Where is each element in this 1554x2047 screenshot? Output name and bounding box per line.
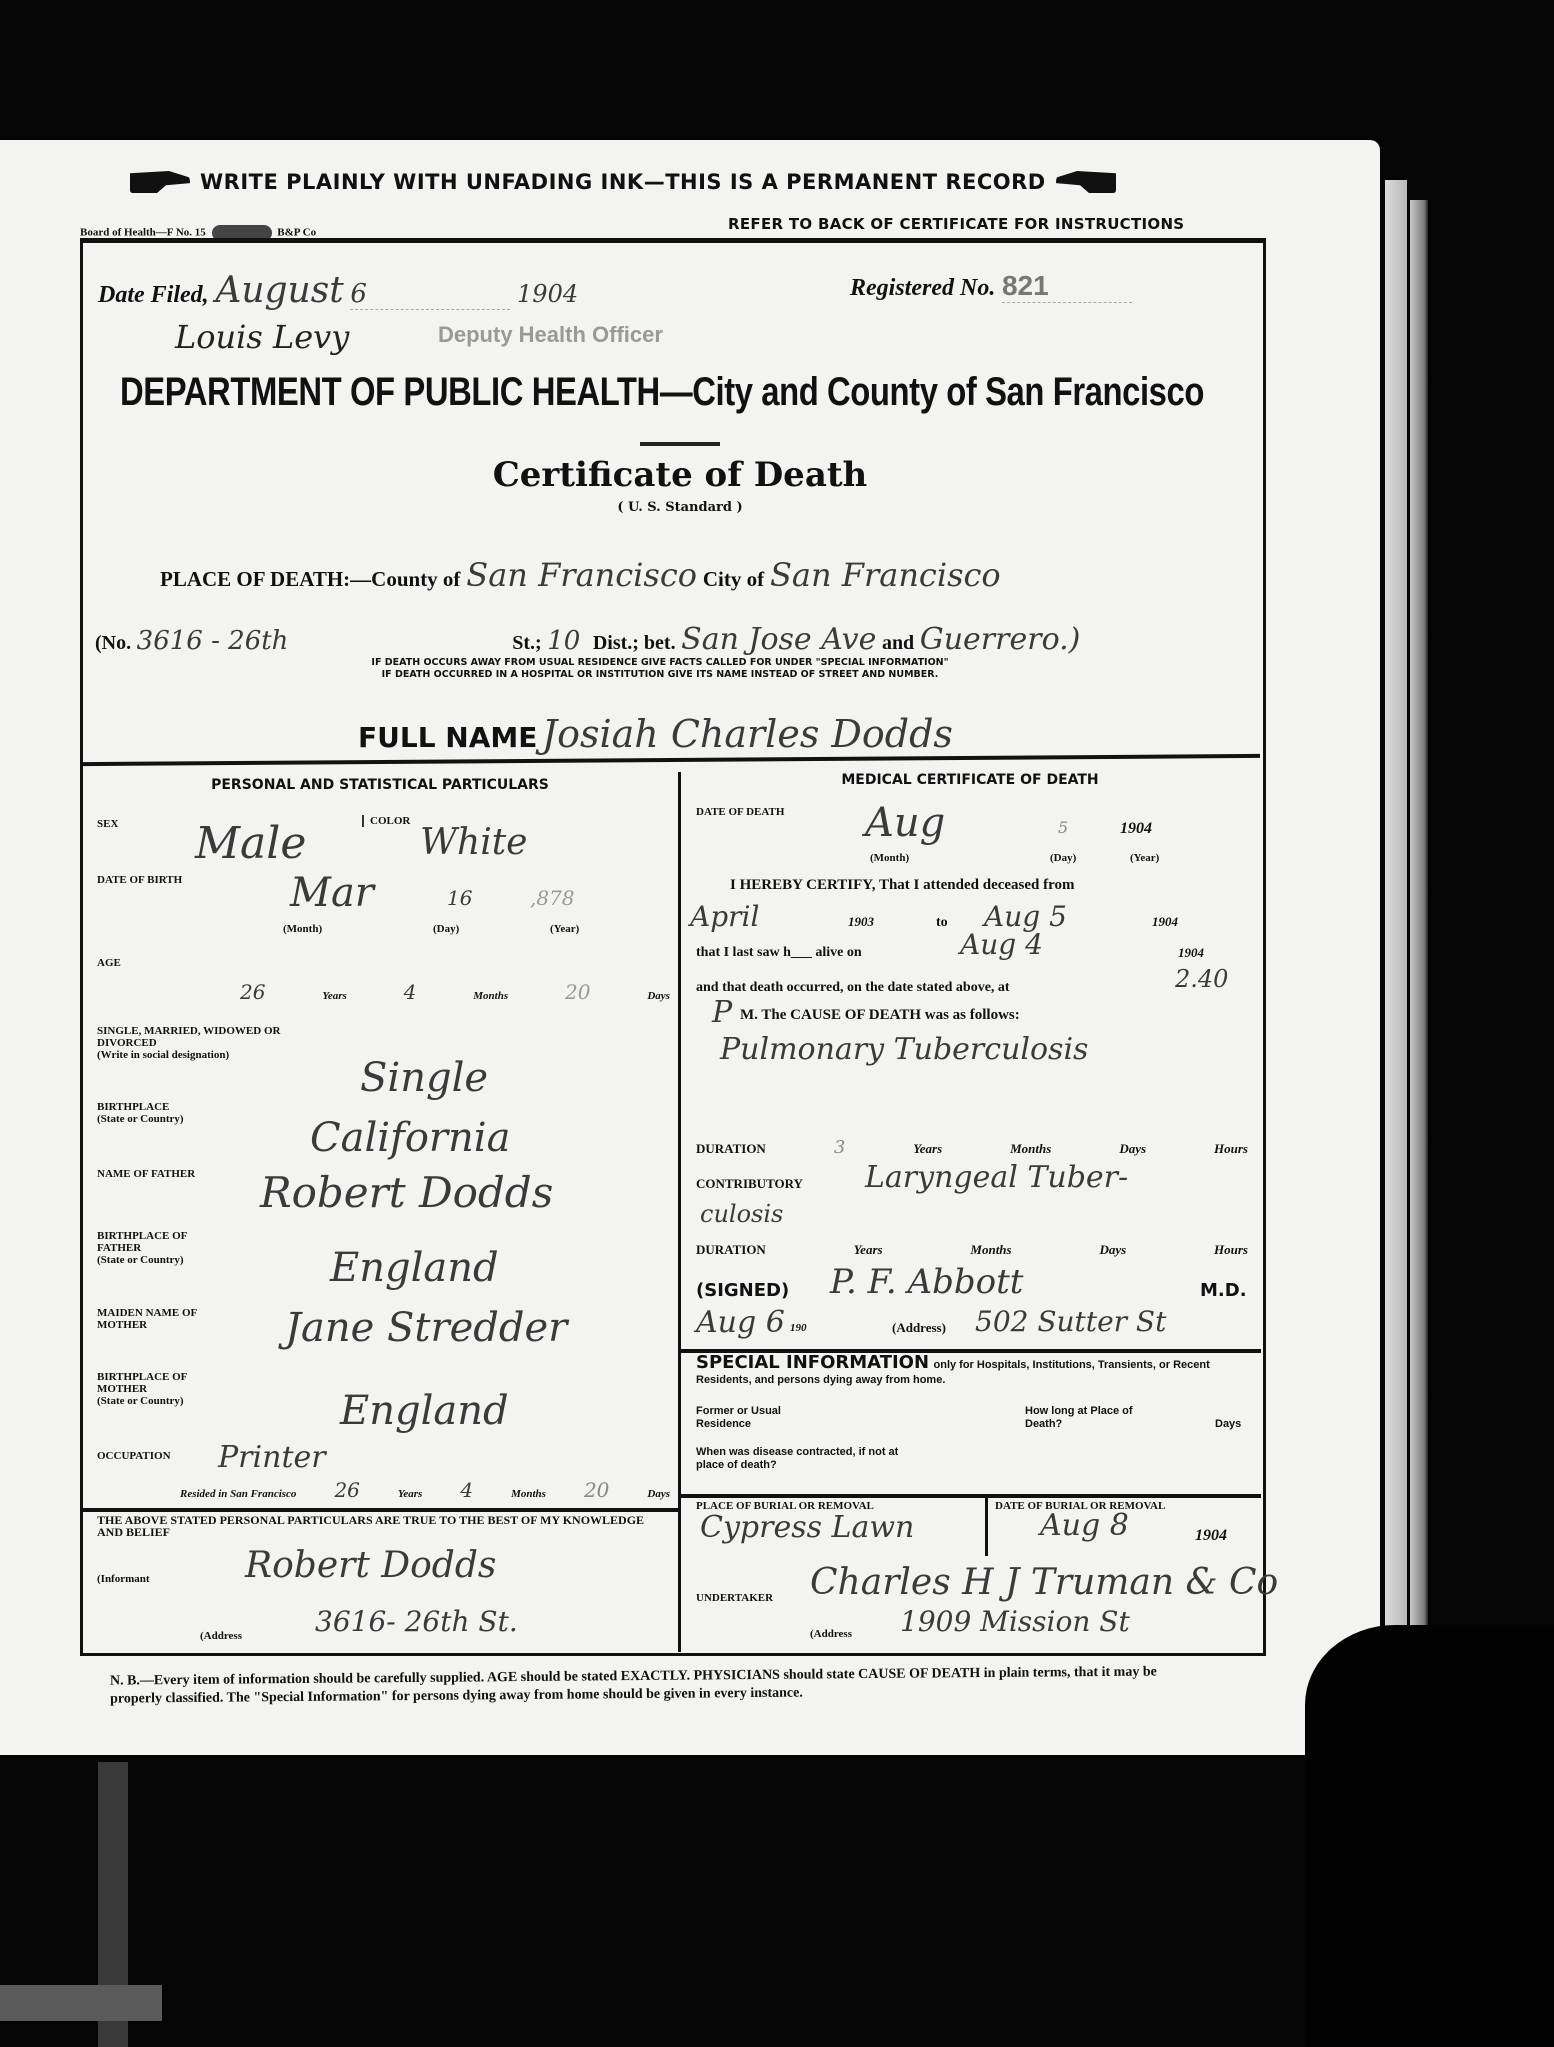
hours-caption: Hours xyxy=(1214,1242,1248,1258)
age-months: 4 xyxy=(404,980,417,1004)
informant-value: Robert Dodds xyxy=(245,1545,496,1586)
burial-year-value: 1904 xyxy=(1195,1527,1227,1545)
father-birthplace-label-block: BIRTHPLACE OF FATHER (State or Country) xyxy=(97,1230,227,1266)
divider xyxy=(681,1494,1261,1498)
street-number-label: (No. xyxy=(95,632,131,654)
years-caption: Years xyxy=(854,1242,883,1258)
birthplace-label: BIRTHPLACE xyxy=(97,1101,184,1113)
birthplace-label-block: BIRTHPLACE (State or Country) xyxy=(97,1101,184,1125)
undertaker-address-value: 1909 Mission St xyxy=(900,1605,1130,1638)
meridiem-value: P xyxy=(712,995,732,1030)
full-name-row: FULL NAME Josiah Charles Dodds xyxy=(358,712,953,756)
death-time-label: and that death occurred, on the date sta… xyxy=(696,980,1010,996)
divider xyxy=(83,1508,679,1512)
occupation-label: OCCUPATION xyxy=(97,1450,171,1462)
father-birthplace-hint: (State or Country) xyxy=(97,1254,227,1266)
dob-label: DATE OF BIRTH xyxy=(97,874,182,886)
district-label: Dist.; bet. xyxy=(593,632,676,654)
last-saw-value: Aug 4 xyxy=(960,928,1043,961)
age-label: AGE xyxy=(97,957,121,969)
year-caption: (Year) xyxy=(550,923,579,935)
between-street-2: Guerrero.) xyxy=(920,622,1081,657)
book-page-edge xyxy=(1385,180,1407,1740)
date-filed-year: 1904 xyxy=(517,280,578,308)
marital-label-block: SINGLE, MARRIED, WIDOWED OR DIVORCED (Wr… xyxy=(97,1025,317,1061)
color-label: COLOR xyxy=(362,815,410,827)
registered-label: Registered No. xyxy=(850,275,995,301)
age-years: 26 xyxy=(240,980,265,1004)
signed-label: (SIGNED) xyxy=(696,1280,789,1301)
resided-months: 4 xyxy=(460,1478,473,1502)
informant-address-value: 3616- 26th St. xyxy=(315,1605,518,1638)
undertaker-address-label: (Address xyxy=(810,1628,852,1640)
certify-text: I HEREBY CERTIFY, That I attended deceas… xyxy=(730,877,1075,894)
place-note: IF DEATH OCCURS AWAY FROM USUAL RESIDENC… xyxy=(240,657,1080,681)
months-caption: Months xyxy=(970,1242,1011,1258)
place-note-line2: IF DEATH OCCURRED IN A HOSPITAL OR INSTI… xyxy=(240,669,1080,681)
undertaker-label: UNDERTAKER xyxy=(696,1592,773,1604)
street-label: St.; xyxy=(512,632,541,654)
city-value: San Francisco xyxy=(770,556,1001,594)
duration-years: 3 xyxy=(834,1137,845,1158)
district-value: 10 xyxy=(547,626,587,656)
dob-day: 16 xyxy=(447,886,472,910)
pointing-hand-icon xyxy=(1056,171,1116,193)
column-divider xyxy=(678,772,681,1652)
date-filed-label: Date Filed, xyxy=(98,282,209,308)
certificate-title: Certificate of Death xyxy=(470,455,890,495)
footnote-prefix: N. B.— xyxy=(110,1673,154,1688)
paper-strip xyxy=(0,1985,162,2021)
signed-year: 190 xyxy=(790,1322,807,1334)
undertaker-value: Charles H J Truman & Co xyxy=(810,1562,1278,1603)
days-caption: Days xyxy=(647,990,670,1002)
mother-birthplace-hint: (State or Country) xyxy=(97,1395,227,1407)
day-caption: (Day) xyxy=(1050,852,1076,864)
address-row: (No. 3616 - 26th St.; 10 Dist.; bet. San… xyxy=(95,622,1080,657)
resided-days: 20 xyxy=(584,1478,609,1502)
officer-title: Deputy Health Officer xyxy=(438,322,663,348)
day-caption: (Day) xyxy=(433,923,459,935)
special-info-title: SPECIAL INFORMATION xyxy=(696,1352,929,1373)
contributory-label: CONTRIBUTORY xyxy=(696,1178,803,1190)
dob-month: Mar xyxy=(290,870,374,916)
contributory-value-cont: culosis xyxy=(700,1200,783,1228)
resided-label: Resided in San Francisco xyxy=(180,1488,296,1500)
place-of-death-row: PLACE OF DEATH:—County of San Francisco … xyxy=(160,556,1001,594)
informant-address-label: (Address xyxy=(200,1630,242,1642)
marital-label: SINGLE, MARRIED, WIDOWED OR DIVORCED xyxy=(97,1025,317,1049)
department-title: DEPARTMENT OF PUBLIC HEALTH—City and Cou… xyxy=(120,370,1038,415)
year-caption: (Year) xyxy=(1130,852,1159,864)
book-page-edge xyxy=(1410,200,1428,1760)
street-number-value: 3616 - 26th xyxy=(137,626,507,656)
place-note-line1: IF DEATH OCCURS AWAY FROM USUAL RESIDENC… xyxy=(240,657,1080,669)
dod-month: Aug xyxy=(865,800,945,846)
mother-label: MAIDEN NAME OF MOTHER xyxy=(97,1307,227,1331)
burial-place-value: Cypress Lawn xyxy=(700,1510,914,1545)
footnote-text: Every item of information should be care… xyxy=(110,1664,1157,1706)
divider xyxy=(640,442,720,446)
sex-value: Male xyxy=(195,818,306,869)
instructions-note: REFER TO BACK OF CERTIFICATE FOR INSTRUC… xyxy=(728,215,1184,233)
registered-number: 821 xyxy=(1002,270,1132,303)
duration-label: DURATION xyxy=(696,1143,766,1155)
burial-divider xyxy=(985,1496,988,1556)
months-caption: Months xyxy=(473,990,508,1002)
medical-section-title: MEDICAL CERTIFICATE OF DEATH xyxy=(690,772,1250,788)
contributory-value: Laryngeal Tuber- xyxy=(865,1160,1128,1195)
years-caption: Years xyxy=(913,1141,942,1157)
hours-caption: Hours xyxy=(1214,1141,1248,1157)
father-label: NAME OF FATHER xyxy=(97,1168,197,1180)
resided-years: 26 xyxy=(334,1478,359,1502)
death-time-value: 2.40 xyxy=(1175,965,1228,993)
full-name-value: Josiah Charles Dodds xyxy=(542,712,953,756)
banner: WRITE PLAINLY WITH UNFADING INK—THIS IS … xyxy=(130,170,1230,194)
father-birthplace-value: England xyxy=(330,1245,499,1291)
attended-from: April xyxy=(690,900,840,933)
sex-label: SEX xyxy=(97,818,118,830)
printer-mark: B&P Co xyxy=(277,227,316,239)
form-number: Board of Health—F No. 15 xyxy=(80,227,206,239)
between-street-1: San Jose Ave xyxy=(681,622,876,657)
years-caption: Years xyxy=(398,1488,422,1500)
month-caption: (Month) xyxy=(870,852,909,864)
marital-hint: (Write in social designation) xyxy=(97,1049,317,1061)
dod-day: 5 xyxy=(1058,818,1068,837)
date-filed-day: 6 xyxy=(350,279,510,310)
dob-year: ,878 xyxy=(530,886,575,910)
pointing-hand-icon xyxy=(130,171,190,193)
occupation-value: Printer xyxy=(218,1440,326,1475)
and-label: and xyxy=(882,632,914,654)
full-name-label: FULL NAME xyxy=(358,721,537,754)
city-label: City of xyxy=(703,567,764,591)
burial-date-value: Aug 8 xyxy=(1040,1508,1129,1543)
birthplace-value: California xyxy=(310,1115,510,1161)
signed-date: Aug 6 xyxy=(696,1305,785,1340)
officer-signature: Louis Levy xyxy=(175,318,349,356)
date-filed-row: Date Filed, August 6 1904 xyxy=(98,270,578,311)
days-caption: Days xyxy=(1119,1141,1146,1157)
days-caption: Days xyxy=(1099,1242,1126,1258)
cause-value: Pulmonary Tuberculosis xyxy=(720,1032,1088,1067)
dod-label: DATE OF DEATH xyxy=(696,806,784,818)
mother-birthplace-label-block: BIRTHPLACE OF MOTHER (State or Country) xyxy=(97,1371,227,1407)
attended-from-year: 1903 xyxy=(848,914,928,930)
month-caption: (Month) xyxy=(283,923,322,935)
days-caption: Days xyxy=(647,1488,670,1500)
county-value: San Francisco xyxy=(466,556,697,594)
personal-section-title: PERSONAL AND STATISTICAL PARTICULARS xyxy=(90,777,670,793)
banner-text: WRITE PLAINLY WITH UNFADING INK—THIS IS … xyxy=(200,170,1046,194)
special-info-header: SPECIAL INFORMATION only for Hospitals, … xyxy=(696,1356,1251,1387)
mother-birthplace-label: BIRTHPLACE OF MOTHER xyxy=(97,1371,227,1395)
duration2-row: DURATION Years Months Days Hours xyxy=(696,1242,1248,1258)
former-residence-label: Former or Usual Residence xyxy=(696,1405,806,1431)
cause-label: M. The CAUSE OF DEATH was as follows: xyxy=(740,1007,1020,1024)
how-long-label: How long at Place of Death? xyxy=(1025,1405,1145,1431)
birthplace-hint: (State or Country) xyxy=(97,1113,184,1125)
father-value: Robert Dodds xyxy=(260,1168,553,1217)
registered-row: Registered No. 821 xyxy=(850,270,1132,303)
duration2-label: DURATION xyxy=(696,1244,766,1256)
duration-row: DURATION 3 Years Months Days Hours xyxy=(696,1137,1248,1158)
md-label: M.D. xyxy=(1200,1280,1247,1301)
dod-year: 1904 xyxy=(1120,820,1152,838)
informant-label: (Informant xyxy=(97,1573,150,1585)
physician-address-label: (Address) xyxy=(892,1320,946,1336)
marital-value: Single xyxy=(360,1055,488,1101)
attended-to-year: 1904 xyxy=(1152,914,1178,930)
father-birthplace-label: BIRTHPLACE OF FATHER xyxy=(97,1230,227,1254)
last-saw-year: 1904 xyxy=(1178,945,1204,961)
age-days: 20 xyxy=(565,980,590,1004)
months-caption: Months xyxy=(1010,1141,1051,1157)
informant-statement: THE ABOVE STATED PERSONAL PARTICULARS AR… xyxy=(97,1514,667,1538)
place-of-death-label: PLACE OF DEATH:—County of xyxy=(160,567,460,591)
age-row: 26 Years 4 Months 20 Days xyxy=(240,980,670,1004)
thumb-shadow xyxy=(1305,1625,1554,2047)
mother-birthplace-value: England xyxy=(340,1388,509,1434)
days-caption: Days xyxy=(1215,1418,1241,1430)
standard-label: ( U. S. Standard ) xyxy=(470,500,890,515)
physician-address-value: 502 Sutter St xyxy=(975,1305,1166,1338)
date-filed-month: August xyxy=(215,270,343,311)
years-caption: Years xyxy=(322,990,346,1002)
resided-row: Resided in San Francisco 26 Years 4 Mont… xyxy=(180,1478,670,1502)
months-caption: Months xyxy=(511,1488,546,1500)
mother-value: Jane Stredder xyxy=(285,1305,567,1351)
contracted-label: When was disease contracted, if not at p… xyxy=(696,1446,916,1472)
last-saw-label: that I last saw h___ alive on xyxy=(696,945,862,961)
physician-signature: P. F. Abbott xyxy=(830,1262,1023,1302)
color-value: White xyxy=(420,822,527,863)
